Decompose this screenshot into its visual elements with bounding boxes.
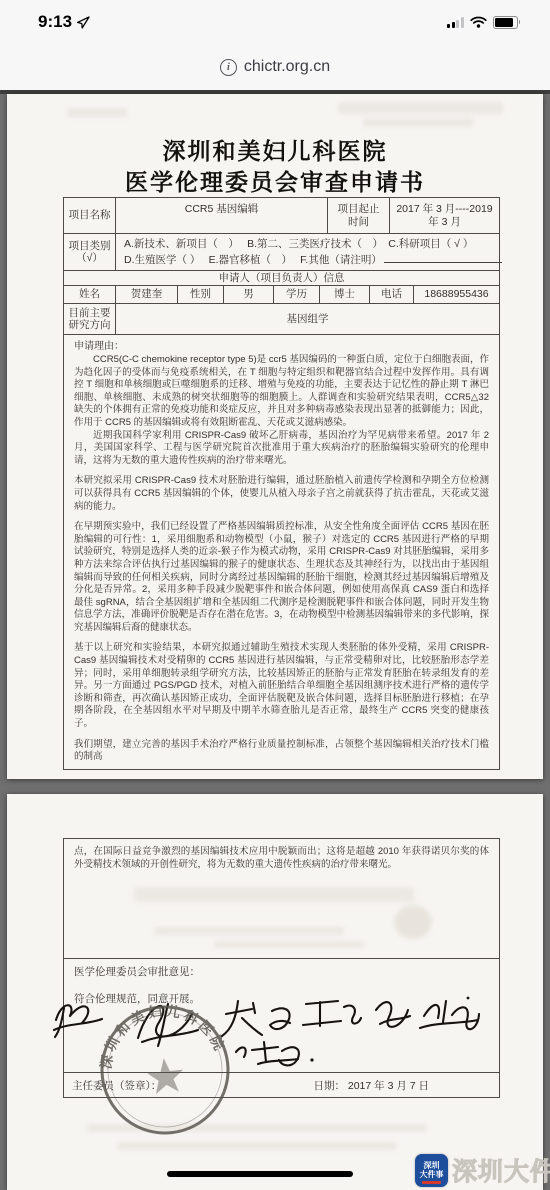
hospital-title: 深圳和美妇儿科医院 [7,136,543,167]
project-period-value: 2017 年 3 月----2019 年 3 月 [390,198,499,233]
browser-url-bar[interactable]: i chictr.org.cn [0,44,550,90]
watermark-text: 深圳大件事 [452,1152,550,1188]
reason-paragraph: 在早期预实验中，我们已经设置了严格基因编辑质控标准，从安全性角度全面评估 CCR… [74,521,489,634]
committee-opinion-label: 医学伦理委员会审批意见： [74,964,489,979]
continuation-section: 点，在国际日益竞争激烈的基因编辑技术应用中脱颖而出；这将是超越 2010 年获得… [64,839,499,959]
continuation-paragraph: 点，在国际日益竞争激烈的基因编辑技术应用中脱颖而出；这将是超越 2010 年获得… [74,845,489,871]
reason-label: 申请理由： [74,340,489,354]
gender-value: 男 [224,286,274,303]
project-name-label: 项目名称 [64,198,116,233]
bleedthrough-title [134,887,414,902]
table-row: 项目类别 （√） A.新技术、新项目（ ） B.第二、三类医疗技术（ ） C.科… [64,234,499,271]
application-form-table: 项目名称 CCR5 基因编辑 项目起止 时间 2017 年 3 月----201… [63,197,500,770]
cellular-signal-icon [447,17,464,28]
reason-paragraph: 近期我国科学家利用 CRISPR-Cas9 破坏乙肝病毒，基因治疗为罕见病带来希… [74,430,489,468]
bleedthrough-text [117,1142,397,1150]
bleedthrough-text [338,102,503,114]
stamp-star [146,1056,185,1095]
name-value: 贺建奎 [116,286,178,303]
phone-value: 18688955436 [414,286,499,303]
page-1: 深圳和美妇儿科医院 医学伦理委员会审查申请书 项目名称 CCR5 基因编辑 项目… [7,94,543,779]
url-site-text[interactable]: chictr.org.cn [244,58,330,76]
shenzhen-news-app-icon: 深圳 大件事 [415,1154,448,1187]
svg-text:深圳和美妇儿科医院: 深圳和美妇儿科医院 [91,996,229,1072]
app-icon-red-bar [422,1181,441,1184]
degree-value: 博士 [320,286,370,303]
project-name-value: CCR5 基因编辑 [116,198,328,233]
bleedthrough-stamp [394,905,432,939]
category-label: 项目类别 （√） [64,234,116,270]
table-row: 申请人（项目负责人）信息 [64,271,499,286]
application-reason-cell: 申请理由： CCR5(C-C chemokine receptor type 5… [64,335,499,769]
reason-paragraph: CCR5(C-C chemokine receptor type 5)是 ccr… [74,354,489,430]
table-row: 目前主要 研究方向 基因组学 [64,304,499,335]
category-options: A.新技术、新项目（ ） B.第二、三类医疗技术（ ） C.科研项目（ √ ） … [116,234,505,270]
bleedthrough-text [154,927,344,935]
location-arrow-icon [77,16,90,29]
research-direction-label: 目前主要 研究方向 [64,304,116,334]
wifi-icon [470,16,487,28]
bleedthrough-text [363,118,473,127]
bleedthrough-text [67,108,127,117]
hospital-round-stamp: 深圳和美妇儿科医院 [88,993,242,1147]
gender-label: 性别 [178,286,224,303]
reason-paragraph: 本研究拟采用 CRISPR-Cas9 技术对胚胎进行编辑，通过胚胎植入前遗传学检… [74,475,489,513]
news-watermark: 深圳 大件事 深圳大件事 [415,1152,550,1188]
reason-paragraphs: CCR5(C-C chemokine receptor type 5)是 ccr… [74,354,489,764]
name-label: 姓名 [64,286,116,303]
page-info-icon[interactable]: i [220,59,237,76]
phone-label: 电话 [370,286,414,303]
form-title: 医学伦理委员会审查申请书 [7,167,543,198]
bleedthrough-text [214,941,364,948]
table-row: 项目名称 CCR5 基因编辑 项目起止 时间 2017 年 3 月----201… [64,198,499,234]
status-time: 9:13 [38,12,72,32]
home-indicator[interactable] [167,1171,353,1177]
project-period-label: 项目起止 时间 [328,198,390,233]
reason-paragraph: 我们期望，建立完善的基因手术治疗严格行业质量控制标准，占领整个基因编辑相关治疗技… [74,739,489,764]
page-2: 点，在国际日益竞争激烈的基因编辑技术应用中脱颖而出；这将是超越 2010 年获得… [7,794,543,1190]
reason-paragraph: 基于以上研究和实验结果，本研究拟通过辅助生殖技术实现人类胚胎的体外受精，采用 C… [74,642,489,730]
research-direction-value: 基因组学 [116,304,499,334]
stamp-arc-text: 深圳和美妇儿科医院 [91,996,229,1072]
ios-status-bar: 9:13 [0,0,550,44]
table-row: 姓名 贺建奎 性别 男 学历 博士 电话 18688955436 [64,286,499,304]
fill-in-blank-line [384,253,502,263]
applicant-section-header: 申请人（项目负责人）信息 [64,271,499,285]
battery-icon [493,16,521,29]
degree-label: 学历 [274,286,320,303]
document-scroll-area[interactable]: 深圳和美妇儿科医院 医学伦理委员会审查申请书 项目名称 CCR5 基因编辑 项目… [0,90,550,1190]
